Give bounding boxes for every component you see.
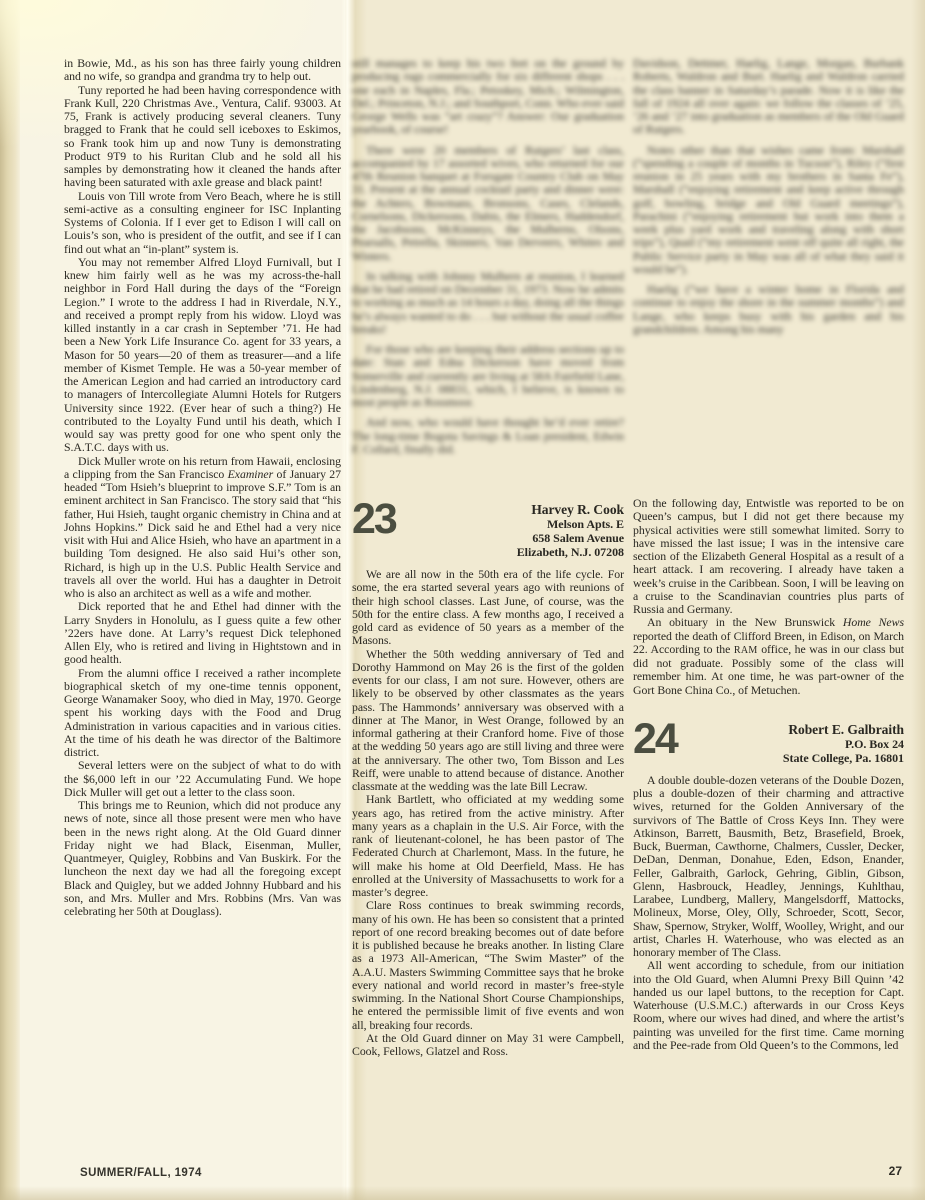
secretary-address-line: Elizabeth, N.J. 07208: [517, 545, 624, 559]
blurred-paragraph: There were 20 members of Rutgers’ last c…: [352, 144, 624, 263]
column-left: in Bowie, Md., as his son has three fair…: [64, 57, 341, 918]
blurred-paragraph: In talking with Johnny Mulhern at reunio…: [352, 270, 624, 336]
class-24-secretary-block: Robert E. Galbraith P.O. Box 24 State Co…: [783, 723, 904, 765]
secretary-address-line: 658 Salem Avenue: [517, 531, 624, 545]
secretary-address-line: Melson Apts. E: [517, 517, 624, 531]
paragraph: A double double-dozen veterans of the Do…: [633, 774, 904, 960]
blurred-text-block: Davidson, Dettmer, Haelig, Lange, Morgan…: [633, 57, 904, 487]
paragraph: Tuny reported he had been having corresp…: [64, 84, 341, 190]
class-24-header: 24 Robert E. Galbraith P.O. Box 24 State…: [633, 723, 904, 765]
class-number-24: 24: [633, 721, 677, 757]
paragraph: in Bowie, Md., as his son has three fair…: [64, 57, 341, 84]
secretary-name: Harvey R. Cook: [517, 503, 624, 517]
secretary-address-line: P.O. Box 24: [783, 737, 904, 751]
column-middle: still manages to keep his two feet on th…: [352, 57, 624, 1058]
column-right: Davidson, Dettmer, Haelig, Lange, Morgan…: [633, 57, 904, 1052]
blurred-paragraph: Davidson, Dettmer, Haelig, Lange, Morgan…: [633, 57, 904, 137]
paragraph: From the alumni office I received a rath…: [64, 667, 341, 760]
paragraph: All went according to schedule, from our…: [633, 959, 904, 1052]
paragraph: Whether the 50th wedding anniversary of …: [352, 648, 624, 794]
paragraph: Dick Muller wrote on his return from Haw…: [64, 455, 341, 601]
page-number: 27: [889, 1164, 902, 1178]
page-left-edge-shadow: [0, 0, 20, 1200]
blurred-paragraph: Notes other than that wishes came from: …: [633, 144, 904, 277]
blurred-paragraph: And now, who would have thought he’d eve…: [352, 416, 624, 456]
paragraph: Louis von Till wrote from Vero Beach, wh…: [64, 190, 341, 256]
blurred-paragraph: For those who are keeping their address …: [352, 343, 624, 409]
paragraph: Dick reported that he and Ethel had dinn…: [64, 600, 341, 666]
page-bottom-edge-shadow: [0, 1186, 925, 1200]
paragraph: An obituary in the New Brunswick Home Ne…: [633, 616, 904, 697]
page-right-edge-shadow: [911, 0, 925, 1200]
blurred-text-block: still manages to keep his two feet on th…: [352, 57, 624, 493]
paragraph: We are all now in the 50th era of the li…: [352, 568, 624, 648]
class-23-secretary-block: Harvey R. Cook Melson Apts. E 658 Salem …: [517, 503, 624, 559]
class-23-header: 23 Harvey R. Cook Melson Apts. E 658 Sal…: [352, 503, 624, 559]
paragraph: At the Old Guard dinner on May 31 were C…: [352, 1032, 624, 1059]
class-number-23: 23: [352, 501, 396, 537]
secretary-name: Robert E. Galbraith: [783, 723, 904, 737]
paragraph: You may not remember Alfred Lloyd Furniv…: [64, 256, 341, 455]
paragraph: Clare Ross continues to break swimming r…: [352, 899, 624, 1032]
blurred-paragraph: Haelig (“we have a winter home in Florid…: [633, 283, 904, 336]
blurred-paragraph: still manages to keep his two feet on th…: [352, 57, 624, 137]
paragraph: On the following day, Entwistle was repo…: [633, 497, 904, 616]
paragraph: Hank Bartlett, who officiated at my wedd…: [352, 793, 624, 899]
paragraph: This brings me to Reunion, which did not…: [64, 799, 341, 918]
footer-issue-label: SUMMER/FALL, 1974: [80, 1167, 202, 1179]
secretary-address-line: State College, Pa. 16801: [783, 751, 904, 765]
paragraph: Several letters were on the subject of w…: [64, 759, 341, 799]
